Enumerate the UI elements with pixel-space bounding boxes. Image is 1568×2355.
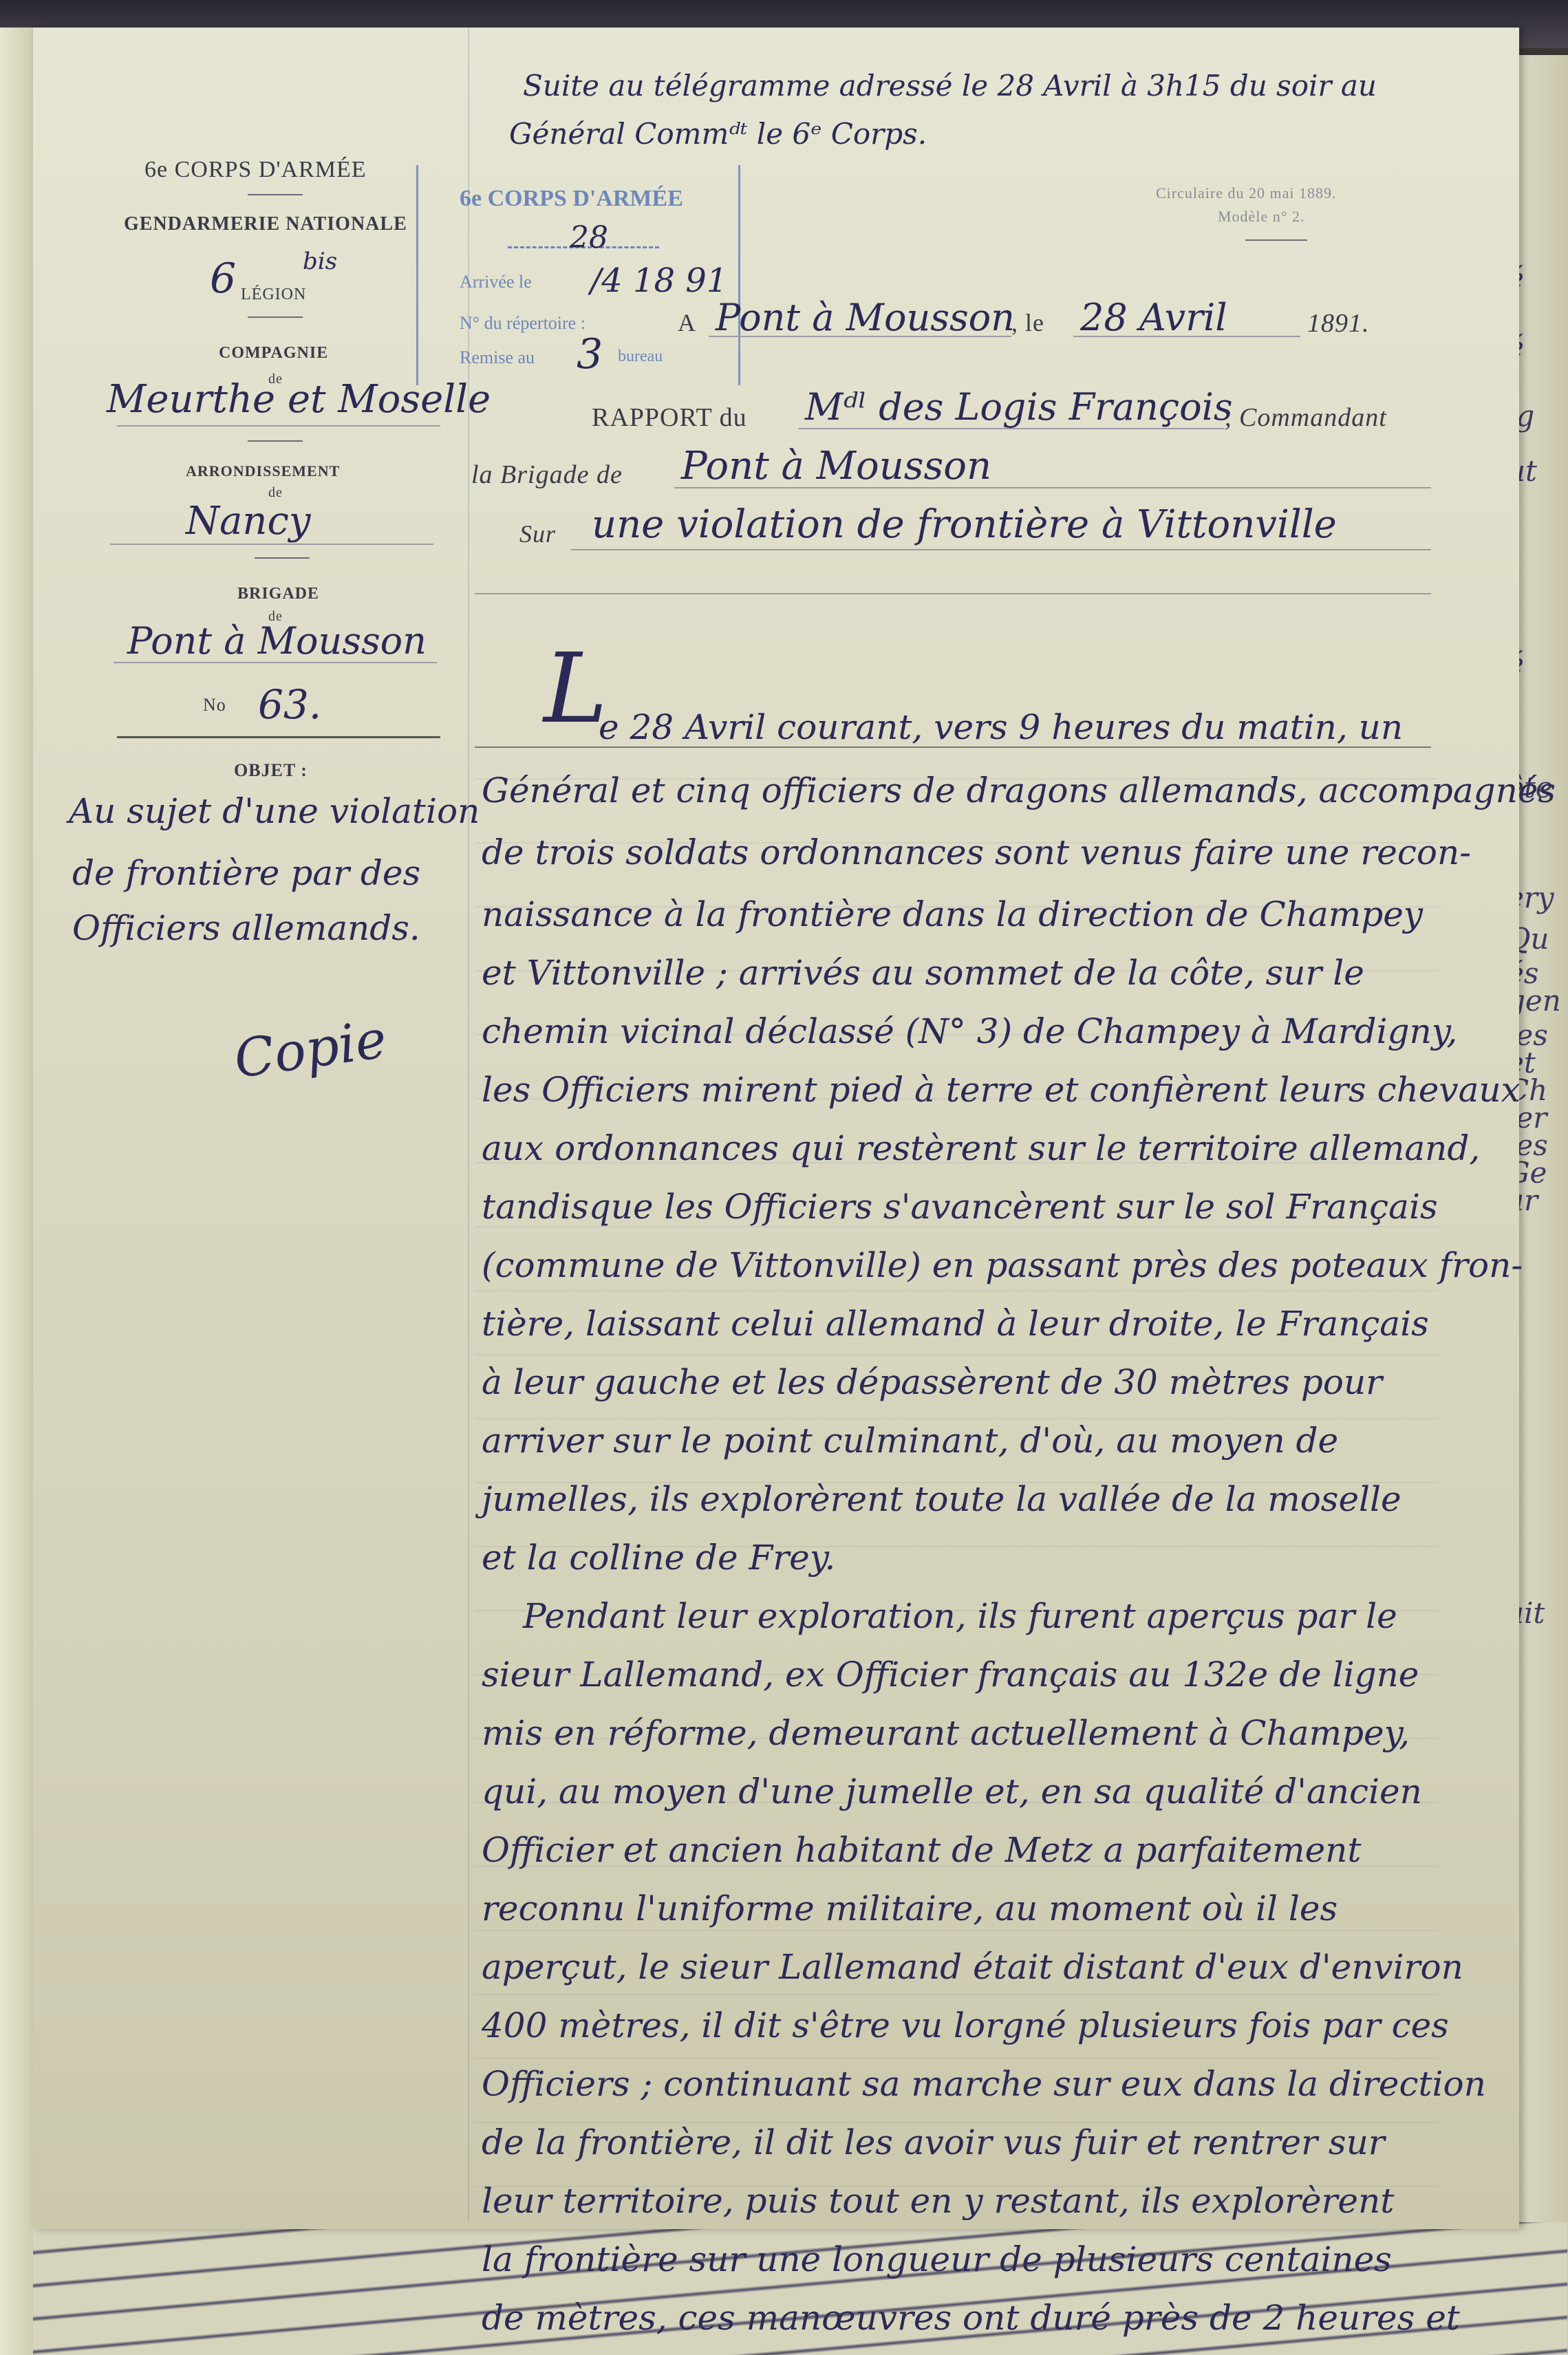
body-line: Pendant leur exploration, ils furent ape…: [523, 1596, 1397, 1636]
body-line: mis en réforme, demeurant actuellement à…: [482, 1713, 1410, 1753]
underline: [1073, 336, 1300, 337]
legion-suffix: bis: [303, 248, 337, 275]
divider-thick: [117, 736, 440, 738]
body-line: sieur Lallemand, ex Officier français au…: [482, 1655, 1419, 1695]
body-line: (commune de Vittonville) en passant près…: [482, 1245, 1523, 1285]
date-le: , le: [1011, 308, 1044, 337]
body-line: aperçut, le sieur Lallemand était distan…: [482, 1947, 1463, 1987]
place-prefix: A: [678, 308, 696, 337]
number-value: 63.: [258, 681, 321, 728]
divider: [255, 557, 310, 559]
compagnie-label: COMPAGNIE: [219, 344, 328, 363]
date-value: 28 Avril: [1080, 296, 1227, 339]
body-line: de la frontière, il dit les avoir vus fu…: [482, 2122, 1385, 2162]
body-line: naissance à la frontière dans la directi…: [482, 894, 1423, 934]
brigade-value: Pont à Mousson: [127, 619, 427, 663]
objet-line-2: de frontière par des: [72, 853, 420, 893]
reception-stamp: 6e CORPS D'ARMÉE 28 Arrivée le /4 18 91 …: [416, 165, 740, 385]
stamp-remise-label: Remise au: [460, 347, 535, 368]
legion-number: 6: [210, 255, 236, 303]
body-line: 400 mètres, il dit s'être vu lorgné plus…: [482, 2005, 1449, 2045]
body-line: aux ordonnances qui restèrent sur le ter…: [482, 1128, 1480, 1168]
underline: [114, 662, 437, 663]
body-line: reconnu l'uniforme militaire, au moment …: [482, 1889, 1338, 1928]
circulaire-line-1: Circulaire du 20 mai 1889.: [1156, 184, 1336, 202]
body-line: la frontière sur une longueur de plusieu…: [482, 2239, 1392, 2279]
corps-label: 6e CORPS D'ARMÉE: [144, 157, 367, 183]
underline: [709, 336, 1011, 337]
stamp-bureau-label: bureau: [618, 347, 663, 366]
rapport-sur-label: Sur: [519, 519, 556, 548]
divider: [248, 316, 303, 318]
objet-line-1: Au sujet d'une violation: [69, 791, 480, 831]
circulaire-line-2: Modèle n° 2.: [1218, 208, 1305, 226]
body-line: tandisque les Officiers s'avancèrent sur…: [482, 1187, 1438, 1227]
underline: [674, 487, 1431, 488]
body-line: leur territoire, puis tout en y restant,…: [482, 2181, 1394, 2221]
body-line: e 28 Avril courant, vers 9 heures du mat…: [599, 707, 1403, 747]
underline: [475, 593, 1431, 594]
background-page-left-edge: [0, 28, 33, 2355]
body-line: jumelles, ils explorèrent toute la vallé…: [482, 1479, 1401, 1519]
body-line: et Vittonville ; arrivés au sommet de la…: [482, 953, 1364, 993]
body-line: arriver sur le point culminant, d'où, au…: [482, 1421, 1338, 1461]
body-line: de mètres, ces manœuvres ont duré près d…: [482, 2298, 1460, 2338]
body-line: de trois soldats ordonnances sont venus …: [482, 832, 1471, 872]
underline: [475, 746, 1431, 748]
arrondissement-value: Nancy: [186, 499, 310, 544]
rapport-author: Mᵈˡ des Logis François: [805, 385, 1233, 429]
body-line: Officier et ancien habitant de Metz a pa…: [482, 1830, 1361, 1870]
body-line: qui, au moyen d'une jumelle et, en sa qu…: [482, 1772, 1422, 1811]
place-value: Pont à Mousson: [716, 296, 1015, 339]
annotation-line-1: Suite au télégramme adressé le 28 Avril …: [523, 69, 1377, 103]
stamp-number: 28: [570, 220, 608, 255]
number-label: No: [203, 695, 226, 716]
underline: [110, 544, 433, 545]
divider: [248, 194, 303, 195]
stamp-remise-value: 3: [577, 330, 603, 378]
brigade-label: BRIGADE: [237, 585, 319, 603]
underline: [798, 428, 1225, 429]
annotation-line-2: Général Commᵈᵗ le 6ᵉ Corps.: [509, 117, 927, 151]
gendarmerie-label: GENDARMERIE NATIONALE: [124, 213, 407, 235]
body-line: chemin vicinal déclassé (N° 3) de Champe…: [482, 1011, 1457, 1051]
objet-label: OBJET :: [234, 760, 308, 781]
body-line: à leur gauche et les dépassèrent de 30 m…: [482, 1362, 1382, 1402]
rapport-brigade-label: la Brigade de: [471, 460, 623, 490]
rapport-brigade-value: Pont à Mousson: [681, 444, 991, 488]
body-line: et la colline de Frey.: [482, 1538, 835, 1578]
body-line: tière, laissant celui allemand à leur dr…: [482, 1304, 1429, 1344]
underline: [571, 549, 1431, 550]
divider: [248, 440, 303, 442]
rapport-commandant: , Commandant: [1225, 402, 1387, 433]
stamp-arrivee-label: Arrivée le: [460, 272, 532, 292]
stamp-arrivee-value: /4 18 91: [590, 261, 727, 300]
underline: [117, 425, 440, 427]
body-line: Officiers ; continuant sa marche sur eux…: [482, 2064, 1486, 2104]
objet-line-3: Officiers allemands.: [72, 908, 420, 948]
rapport-sur-value: une violation de frontière à Vittonville: [592, 502, 1337, 547]
stamp-title: 6e CORPS D'ARMÉE: [460, 186, 683, 212]
stamp-repertoire-label: N° du répertoire :: [460, 313, 586, 334]
arrondissement-label: ARRONDISSEMENT: [186, 462, 340, 480]
legion-label: LÉGION: [241, 286, 306, 304]
rapport-label: RAPPORT du: [592, 402, 747, 433]
year: 1891.: [1307, 308, 1370, 338]
body-line: les Officiers mirent pied à terre et con…: [482, 1070, 1521, 1110]
body-line: Général et cinq officiers de dragons all…: [482, 771, 1556, 810]
divider: [1245, 239, 1307, 241]
